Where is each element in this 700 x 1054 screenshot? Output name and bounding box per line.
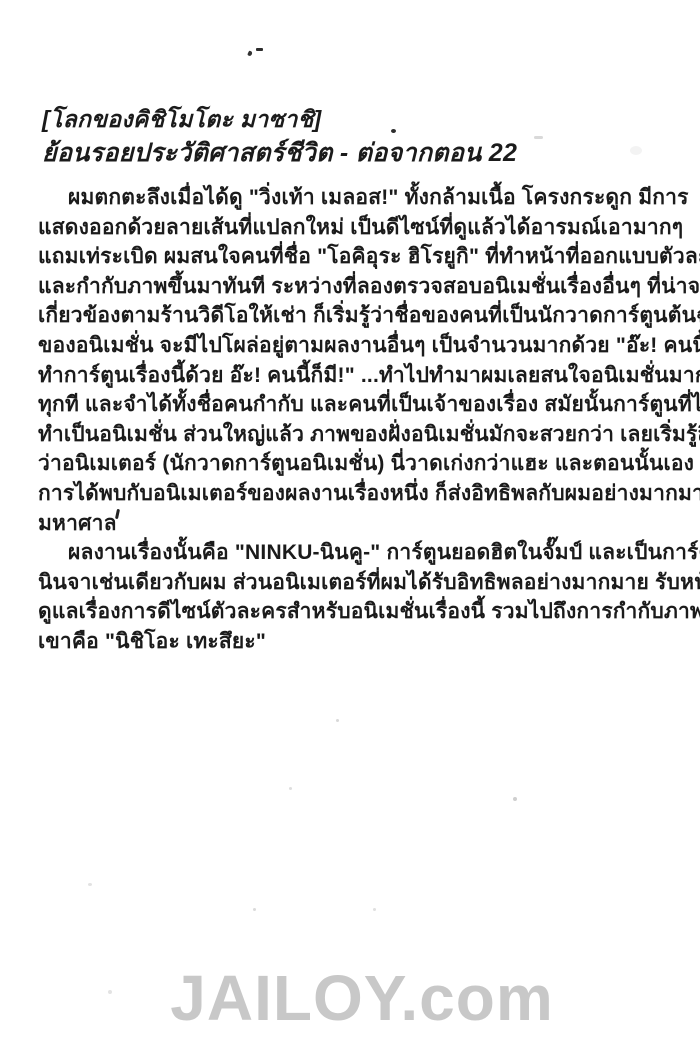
text-line: นินจาเช่นเดียวกับผม ส่วนอนิเมเตอร์ที่ผมไ… xyxy=(38,568,662,598)
text-line: ทุกที และจำได้ทั้งชื่อคนกำกับ และคนที่เป… xyxy=(38,390,662,420)
scan-speck xyxy=(88,883,92,886)
scan-speck xyxy=(256,48,263,51)
scan-speck xyxy=(336,719,339,722)
page-title: [โลกของคิชิโมโตะ มาซาชิ] xyxy=(42,103,602,136)
scan-speck xyxy=(630,146,642,155)
scan-speck xyxy=(373,908,376,911)
scan-speck xyxy=(247,50,253,56)
text-line: ทำการ์ตูนเรื่องนี้ด้วย อ๊ะ! คนนี้ก็มี!" … xyxy=(38,361,662,391)
text-line: ทำเป็นอนิเมชั่น ส่วนใหญ่แล้ว ภาพของฝั่งอ… xyxy=(38,420,662,450)
scan-speck xyxy=(513,797,517,801)
text-line: เกี่ยวข้องตามร้านวิดีโอให้เช่า ก็เริ่มรู… xyxy=(38,301,662,331)
page-subtitle: ย้อนรอยประวัติศาสตร์ชีวิต - ต่อจากตอน 22 xyxy=(42,136,602,170)
text-line: เขาคือ "นิชิโอะ เทะสึยะ" xyxy=(38,627,662,657)
paragraph-1: ผมตกตะลึงเมื่อได้ดู "วิ่งเท้า เมลอส!" ทั… xyxy=(38,183,662,538)
text-line: ผลงานเรื่องนั้นคือ "NINKU-นินคู-" การ์ตู… xyxy=(38,538,662,568)
scan-speck xyxy=(289,787,292,790)
body-text: ผมตกตะลึงเมื่อได้ดู "วิ่งเท้า เมลอส!" ทั… xyxy=(38,183,662,657)
text-line: มหาศาล xyxy=(38,509,662,539)
text-line: แสดงออกด้วยลายเส้นที่แปลกใหม่ เป็นดีไซน์… xyxy=(38,213,662,243)
text-line: ดูแลเรื่องการดีไซน์ตัวละครสำหรับอนิเมชั่… xyxy=(38,597,662,627)
scan-speck xyxy=(534,136,543,139)
scan-speck xyxy=(391,129,396,133)
paragraph-2: ผลงานเรื่องนั้นคือ "NINKU-นินคู-" การ์ตู… xyxy=(38,538,662,656)
watermark: JAILOY.com xyxy=(138,966,586,1030)
text-line: แถมเท่ระเบิด ผมสนใจคนที่ชื่อ "โอคิอุระ ฮ… xyxy=(38,242,662,272)
text-line: ของอนิเมชั่น จะมีไปโผล่อยู่ตามผลงานอื่นๆ… xyxy=(38,331,662,361)
text-line: ว่าอนิเมเตอร์ (นักวาดการ์ตูนอนิเมชั่น) น… xyxy=(38,449,662,479)
text-line: การได้พบกับอนิเมเตอร์ของผลงานเรื่องหนึ่ง… xyxy=(38,479,662,509)
text-line: ผมตกตะลึงเมื่อได้ดู "วิ่งเท้า เมลอส!" ทั… xyxy=(38,183,662,213)
scanned-document-page: [โลกของคิชิโมโตะ มาซาชิ] ย้อนรอยประวัติศ… xyxy=(0,0,700,1054)
scan-speck xyxy=(108,990,112,994)
scan-speck xyxy=(253,908,256,911)
title-block: [โลกของคิชิโมโตะ มาซาชิ] ย้อนรอยประวัติศ… xyxy=(42,103,602,170)
text-line: และกำกับภาพขึ้นมาทันที ระหว่างที่ลองตรวจ… xyxy=(38,272,662,302)
